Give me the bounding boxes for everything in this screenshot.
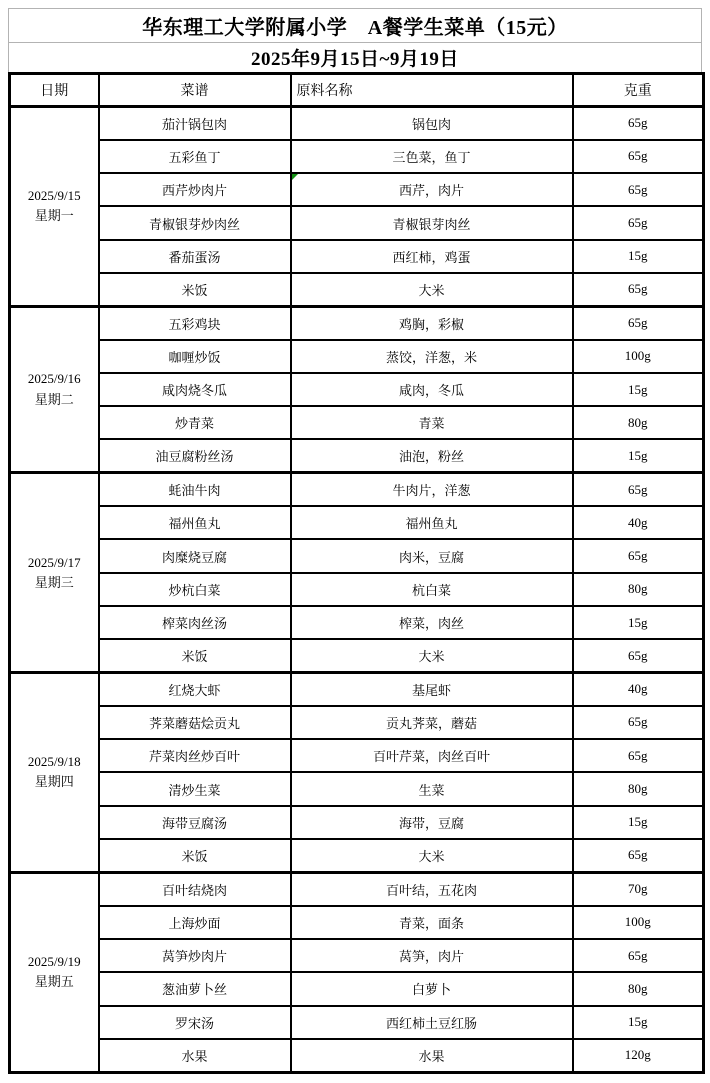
ingredients-cell: 海带，豆腐 — [291, 806, 573, 839]
menu-row: 咖喱炒饭蒸饺，洋葱，米100g — [10, 340, 704, 373]
weight-cell: 70g — [573, 872, 704, 905]
weight-cell: 65g — [573, 306, 704, 339]
dish-cell: 五彩鸡块 — [99, 306, 291, 339]
ingredients-cell: 百叶结，五花肉 — [291, 872, 573, 905]
weight-cell: 40g — [573, 506, 704, 539]
menu-row: 番茄蛋汤西红柿，鸡蛋15g — [10, 240, 704, 273]
dish-cell: 五彩鱼丁 — [99, 140, 291, 173]
weight-cell: 65g — [573, 273, 704, 306]
ingredients-cell: 青菜 — [291, 406, 573, 439]
weight-cell: 80g — [573, 972, 704, 1005]
ingredients-cell: 杭白菜 — [291, 573, 573, 606]
weight-cell: 15g — [573, 806, 704, 839]
weight-cell: 65g — [573, 539, 704, 572]
date-text: 2025/9/19 — [14, 952, 95, 972]
ingredients-cell: 大米 — [291, 273, 573, 306]
weight-cell: 65g — [573, 140, 704, 173]
ingredients-cell: 西红柿土豆红肠 — [291, 1006, 573, 1039]
ingredients-cell: 福州鱼丸 — [291, 506, 573, 539]
dish-cell: 荠菜蘑菇烩贡丸 — [99, 706, 291, 739]
menu-row: 2025/9/18星期四红烧大虾基尾虾40g — [10, 673, 704, 706]
menu-row: 海带豆腐汤海带，豆腐15g — [10, 806, 704, 839]
weight-cell: 80g — [573, 772, 704, 805]
menu-row: 2025/9/15星期一茄汁锅包肉锅包肉65g — [10, 107, 704, 140]
cell-comment-marker-icon — [292, 174, 298, 180]
dish-cell: 青椒银芽炒肉丝 — [99, 206, 291, 239]
dish-cell: 福州鱼丸 — [99, 506, 291, 539]
dish-cell: 米饭 — [99, 639, 291, 672]
menu-table: 日期 菜谱 原料名称 克重 2025/9/15星期一茄汁锅包肉锅包肉65g五彩鱼… — [8, 72, 705, 1074]
dish-cell: 番茄蛋汤 — [99, 240, 291, 273]
dish-cell: 炒青菜 — [99, 406, 291, 439]
dish-cell: 咖喱炒饭 — [99, 340, 291, 373]
menu-row: 葱油萝卜丝白萝卜80g — [10, 972, 704, 1005]
menu-row: 清炒生菜生菜80g — [10, 772, 704, 805]
weight-cell: 65g — [573, 706, 704, 739]
menu-row: 荠菜蘑菇烩贡丸贡丸荠菜，蘑菇65g — [10, 706, 704, 739]
menu-table-header: 日期 菜谱 原料名称 克重 — [10, 74, 704, 107]
menu-row: 肉糜烧豆腐肉米，豆腐65g — [10, 539, 704, 572]
weight-cell: 100g — [573, 906, 704, 939]
weight-cell: 15g — [573, 439, 704, 472]
ingredients-cell: 青椒银芽肉丝 — [291, 206, 573, 239]
dish-cell: 上海炒面 — [99, 906, 291, 939]
date-text: 2025/9/15 — [14, 186, 95, 206]
weight-cell: 65g — [573, 473, 704, 506]
dish-cell: 榨菜肉丝汤 — [99, 606, 291, 639]
ingredients-cell: 榨菜，肉丝 — [291, 606, 573, 639]
weekday-text: 星期四 — [14, 772, 95, 792]
ingredients-cell: 鸡胸，彩椒 — [291, 306, 573, 339]
menu-row: 米饭大米65g — [10, 839, 704, 872]
dish-cell: 蚝油牛肉 — [99, 473, 291, 506]
ingredients-cell: 水果 — [291, 1039, 573, 1072]
menu-row: 2025/9/17星期三蚝油牛肉牛肉片，洋葱65g — [10, 473, 704, 506]
menu-row: 榨菜肉丝汤榨菜，肉丝15g — [10, 606, 704, 639]
weight-cell: 40g — [573, 673, 704, 706]
page-title: 华东理工大学附属小学 A餐学生菜单（15元） — [9, 9, 701, 42]
date-range: 2025年9月15日~9月19日 — [9, 42, 701, 72]
col-header-ingredients: 原料名称 — [291, 74, 573, 107]
weekday-text: 星期三 — [14, 573, 95, 593]
weekday-text: 星期一 — [14, 206, 95, 226]
ingredients-cell: 白萝卜 — [291, 972, 573, 1005]
dish-cell: 海带豆腐汤 — [99, 806, 291, 839]
ingredients-cell: 西芹，肉片 — [291, 173, 573, 206]
header-row: 日期 菜谱 原料名称 克重 — [10, 74, 704, 107]
ingredients-cell: 肉米，豆腐 — [291, 539, 573, 572]
weight-cell: 65g — [573, 639, 704, 672]
title-block: 华东理工大学附属小学 A餐学生菜单（15元） 2025年9月15日~9月19日 — [8, 8, 702, 72]
menu-body: 2025/9/15星期一茄汁锅包肉锅包肉65g五彩鱼丁三色菜，鱼丁65g西芹炒肉… — [10, 107, 704, 1073]
date-text: 2025/9/16 — [14, 369, 95, 389]
weight-cell: 65g — [573, 939, 704, 972]
weight-cell: 120g — [573, 1039, 704, 1072]
menu-row: 咸肉烧冬瓜咸肉，冬瓜15g — [10, 373, 704, 406]
weight-cell: 80g — [573, 406, 704, 439]
date-cell: 2025/9/19星期五 — [10, 872, 99, 1072]
menu-row: 青椒银芽炒肉丝青椒银芽肉丝65g — [10, 206, 704, 239]
ingredients-cell: 百叶芹菜，肉丝百叶 — [291, 739, 573, 772]
ingredients-cell: 大米 — [291, 839, 573, 872]
menu-row: 炒杭白菜杭白菜80g — [10, 573, 704, 606]
dish-cell: 红烧大虾 — [99, 673, 291, 706]
dish-cell: 米饭 — [99, 839, 291, 872]
date-cell: 2025/9/16星期二 — [10, 306, 99, 472]
menu-row: 米饭大米65g — [10, 273, 704, 306]
menu-row: 炒青菜青菜80g — [10, 406, 704, 439]
menu-row: 五彩鱼丁三色菜，鱼丁65g — [10, 140, 704, 173]
ingredients-cell: 锅包肉 — [291, 107, 573, 140]
weight-cell: 65g — [573, 839, 704, 872]
dish-cell: 清炒生菜 — [99, 772, 291, 805]
menu-row: 米饭大米65g — [10, 639, 704, 672]
weight-cell: 100g — [573, 340, 704, 373]
weekday-text: 星期五 — [14, 972, 95, 992]
ingredients-cell: 大米 — [291, 639, 573, 672]
weight-cell: 65g — [573, 173, 704, 206]
dish-cell: 罗宋汤 — [99, 1006, 291, 1039]
ingredients-cell: 生菜 — [291, 772, 573, 805]
menu-row: 西芹炒肉片西芹，肉片65g — [10, 173, 704, 206]
weight-cell: 65g — [573, 206, 704, 239]
ingredients-cell: 牛肉片，洋葱 — [291, 473, 573, 506]
menu-row: 福州鱼丸福州鱼丸40g — [10, 506, 704, 539]
menu-row: 油豆腐粉丝汤油泡，粉丝15g — [10, 439, 704, 472]
ingredients-cell: 咸肉，冬瓜 — [291, 373, 573, 406]
ingredients-cell: 西红柿，鸡蛋 — [291, 240, 573, 273]
weight-cell: 15g — [573, 606, 704, 639]
dish-cell: 茄汁锅包肉 — [99, 107, 291, 140]
weight-cell: 15g — [573, 373, 704, 406]
menu-row: 上海炒面青菜，面条100g — [10, 906, 704, 939]
date-text: 2025/9/17 — [14, 553, 95, 573]
date-cell: 2025/9/18星期四 — [10, 673, 99, 873]
col-header-dish: 菜谱 — [99, 74, 291, 107]
weekday-text: 星期二 — [14, 390, 95, 410]
col-header-date: 日期 — [10, 74, 99, 107]
date-cell: 2025/9/17星期三 — [10, 473, 99, 673]
date-cell: 2025/9/15星期一 — [10, 107, 99, 307]
ingredients-cell: 青菜，面条 — [291, 906, 573, 939]
menu-row: 莴笋炒肉片莴笋，肉片65g — [10, 939, 704, 972]
ingredients-cell: 基尾虾 — [291, 673, 573, 706]
dish-cell: 水果 — [99, 1039, 291, 1072]
ingredients-cell: 三色菜，鱼丁 — [291, 140, 573, 173]
menu-row: 水果水果120g — [10, 1039, 704, 1072]
col-header-weight: 克重 — [573, 74, 704, 107]
menu-row: 芹菜肉丝炒百叶百叶芹菜，肉丝百叶65g — [10, 739, 704, 772]
weight-cell: 80g — [573, 573, 704, 606]
menu-row: 罗宋汤西红柿土豆红肠15g — [10, 1006, 704, 1039]
menu-sheet: 华东理工大学附属小学 A餐学生菜单（15元） 2025年9月15日~9月19日 … — [8, 8, 702, 1074]
dish-cell: 西芹炒肉片 — [99, 173, 291, 206]
ingredients-cell: 油泡，粉丝 — [291, 439, 573, 472]
date-text: 2025/9/18 — [14, 752, 95, 772]
dish-cell: 莴笋炒肉片 — [99, 939, 291, 972]
ingredients-cell: 蒸饺，洋葱，米 — [291, 340, 573, 373]
dish-cell: 油豆腐粉丝汤 — [99, 439, 291, 472]
menu-row: 2025/9/19星期五百叶结烧肉百叶结，五花肉70g — [10, 872, 704, 905]
menu-row: 2025/9/16星期二五彩鸡块鸡胸，彩椒65g — [10, 306, 704, 339]
dish-cell: 葱油萝卜丝 — [99, 972, 291, 1005]
dish-cell: 芹菜肉丝炒百叶 — [99, 739, 291, 772]
dish-cell: 炒杭白菜 — [99, 573, 291, 606]
ingredients-cell: 贡丸荠菜，蘑菇 — [291, 706, 573, 739]
ingredients-cell: 莴笋，肉片 — [291, 939, 573, 972]
weight-cell: 65g — [573, 739, 704, 772]
weight-cell: 15g — [573, 1006, 704, 1039]
weight-cell: 15g — [573, 240, 704, 273]
dish-cell: 肉糜烧豆腐 — [99, 539, 291, 572]
dish-cell: 百叶结烧肉 — [99, 872, 291, 905]
dish-cell: 咸肉烧冬瓜 — [99, 373, 291, 406]
weight-cell: 65g — [573, 107, 704, 140]
dish-cell: 米饭 — [99, 273, 291, 306]
